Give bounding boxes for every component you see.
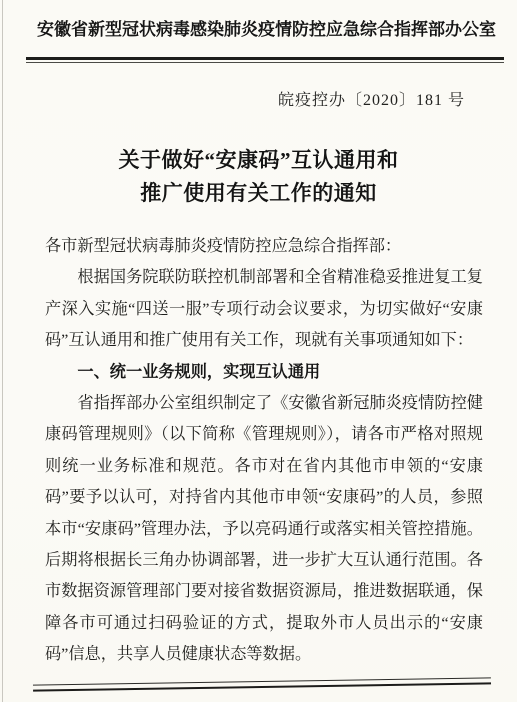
paragraph-1: 根据国务院联防联控机制部署和全省精准稳妥推进复工复产深入实施“四送一服”专项行动… xyxy=(45,262,483,356)
addressee-line: 各市新型冠状病毒肺炎疫情防控应急综合指挥部： xyxy=(45,231,483,262)
footer-divider-rule xyxy=(33,677,491,691)
document-title: 关于做好“安康码”互认通用和 推广使用有关工作的通知 xyxy=(0,144,517,210)
document-number: 皖疫控办〔2020〕181 号 xyxy=(278,87,465,110)
scan-edge-line xyxy=(2,0,3,702)
document-body: 各市新型冠状病毒肺炎疫情防控应急综合指挥部： 根据国务院联防联控机制部署和全省精… xyxy=(45,231,483,671)
document-title-line-1: 关于做好“安康码”互认通用和 xyxy=(0,144,517,177)
document-title-line-2: 推广使用有关工作的通知 xyxy=(0,177,517,210)
issuing-org-header: 安徽省新型冠状病毒感染肺炎疫情防控应急综合指挥部办公室 xyxy=(30,15,503,40)
section-1-heading: 一、统一业务规则，实现互认通用 xyxy=(45,357,483,388)
document-page: 安徽省新型冠状病毒感染肺炎疫情防控应急综合指挥部办公室 皖疫控办〔2020〕18… xyxy=(0,0,517,702)
paragraph-2: 省指挥部办公室组织制定了《安徽省新冠肺炎疫情防控健康码管理规则》（以下简称《管理… xyxy=(45,388,483,671)
header-divider-rule xyxy=(26,57,504,63)
